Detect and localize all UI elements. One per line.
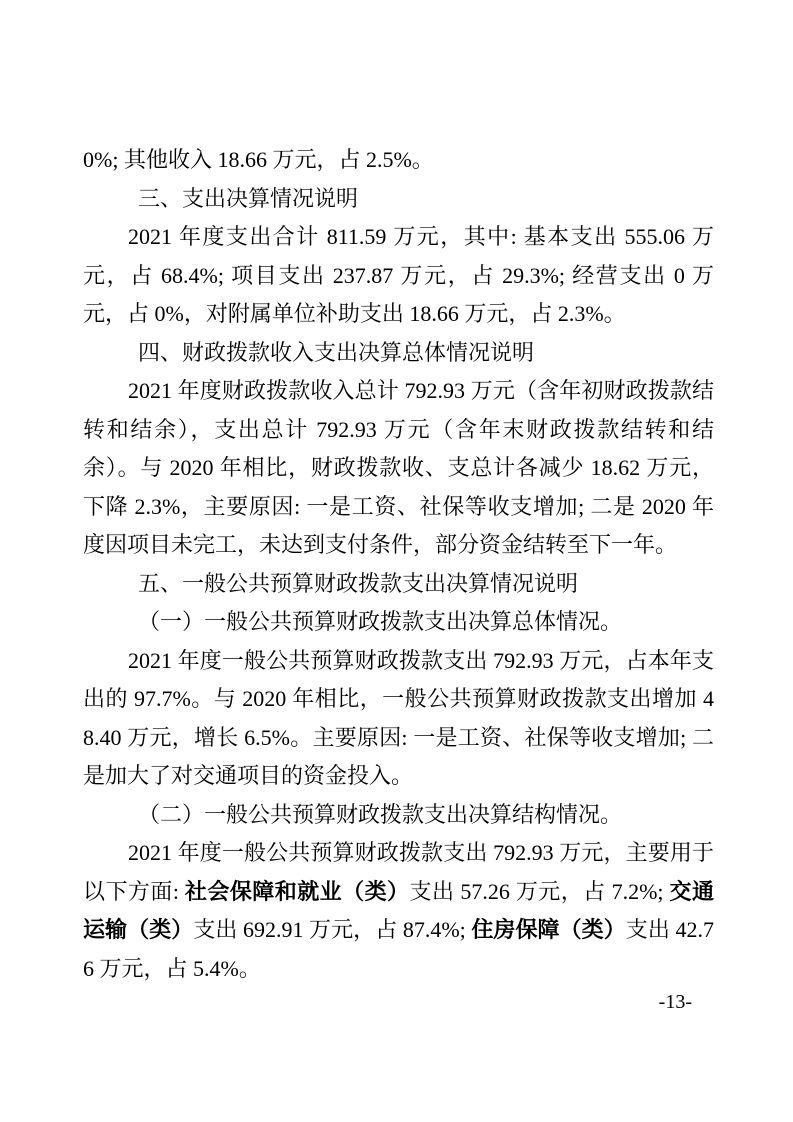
category-housing-label: 住房保障（类） [471,917,625,942]
document-page: 0%; 其他收入 18.66 万元，占 2.5%。 三、支出决算情况说明 202… [0,0,793,1122]
subheading-five-two-structure: （二）一般公共预算财政拨款支出决算结构情况。 [83,796,714,835]
paragraph-income-continuation: 0%; 其他收入 18.66 万元，占 2.5%。 [83,141,714,180]
subheading-five-one-overall: （一）一般公共预算财政拨款支出决算总体情况。 [83,603,714,642]
page-number: -13- [659,991,692,1013]
heading-section-five-general-budget: 五、一般公共预算财政拨款支出决算情况说明 [83,565,714,604]
paragraph-expenditure-structure: 2021 年度一般公共预算财政拨款支出 792.93 万元，主要用于以下方面: … [83,834,714,988]
transportation-amount-text: 支出 692.91 万元，占 87.4%; [193,917,471,942]
paragraph-fiscal-appropriation-overview: 2021 年度财政拨款收入总计 792.93 万元（含年初财政拨款结转和结余），… [83,372,714,565]
page-content: 0%; 其他收入 18.66 万元，占 2.5%。 三、支出决算情况说明 202… [83,141,714,988]
heading-section-three-expenditure: 三、支出决算情况说明 [83,180,714,219]
social-security-amount-text: 支出 57.26 万元，占 7.2%; [409,879,669,904]
category-social-security-label: 社会保障和就业（类） [185,879,410,904]
paragraph-general-budget-overview: 2021 年度一般公共预算财政拨款支出 792.93 万元，占本年支出的 97.… [83,642,714,796]
paragraph-expenditure-summary: 2021 年度支出合计 811.59 万元，其中: 基本支出 555.06 万元… [83,218,714,334]
heading-section-four-fiscal-appropriation: 四、财政拨款收入支出决算总体情况说明 [83,334,714,373]
